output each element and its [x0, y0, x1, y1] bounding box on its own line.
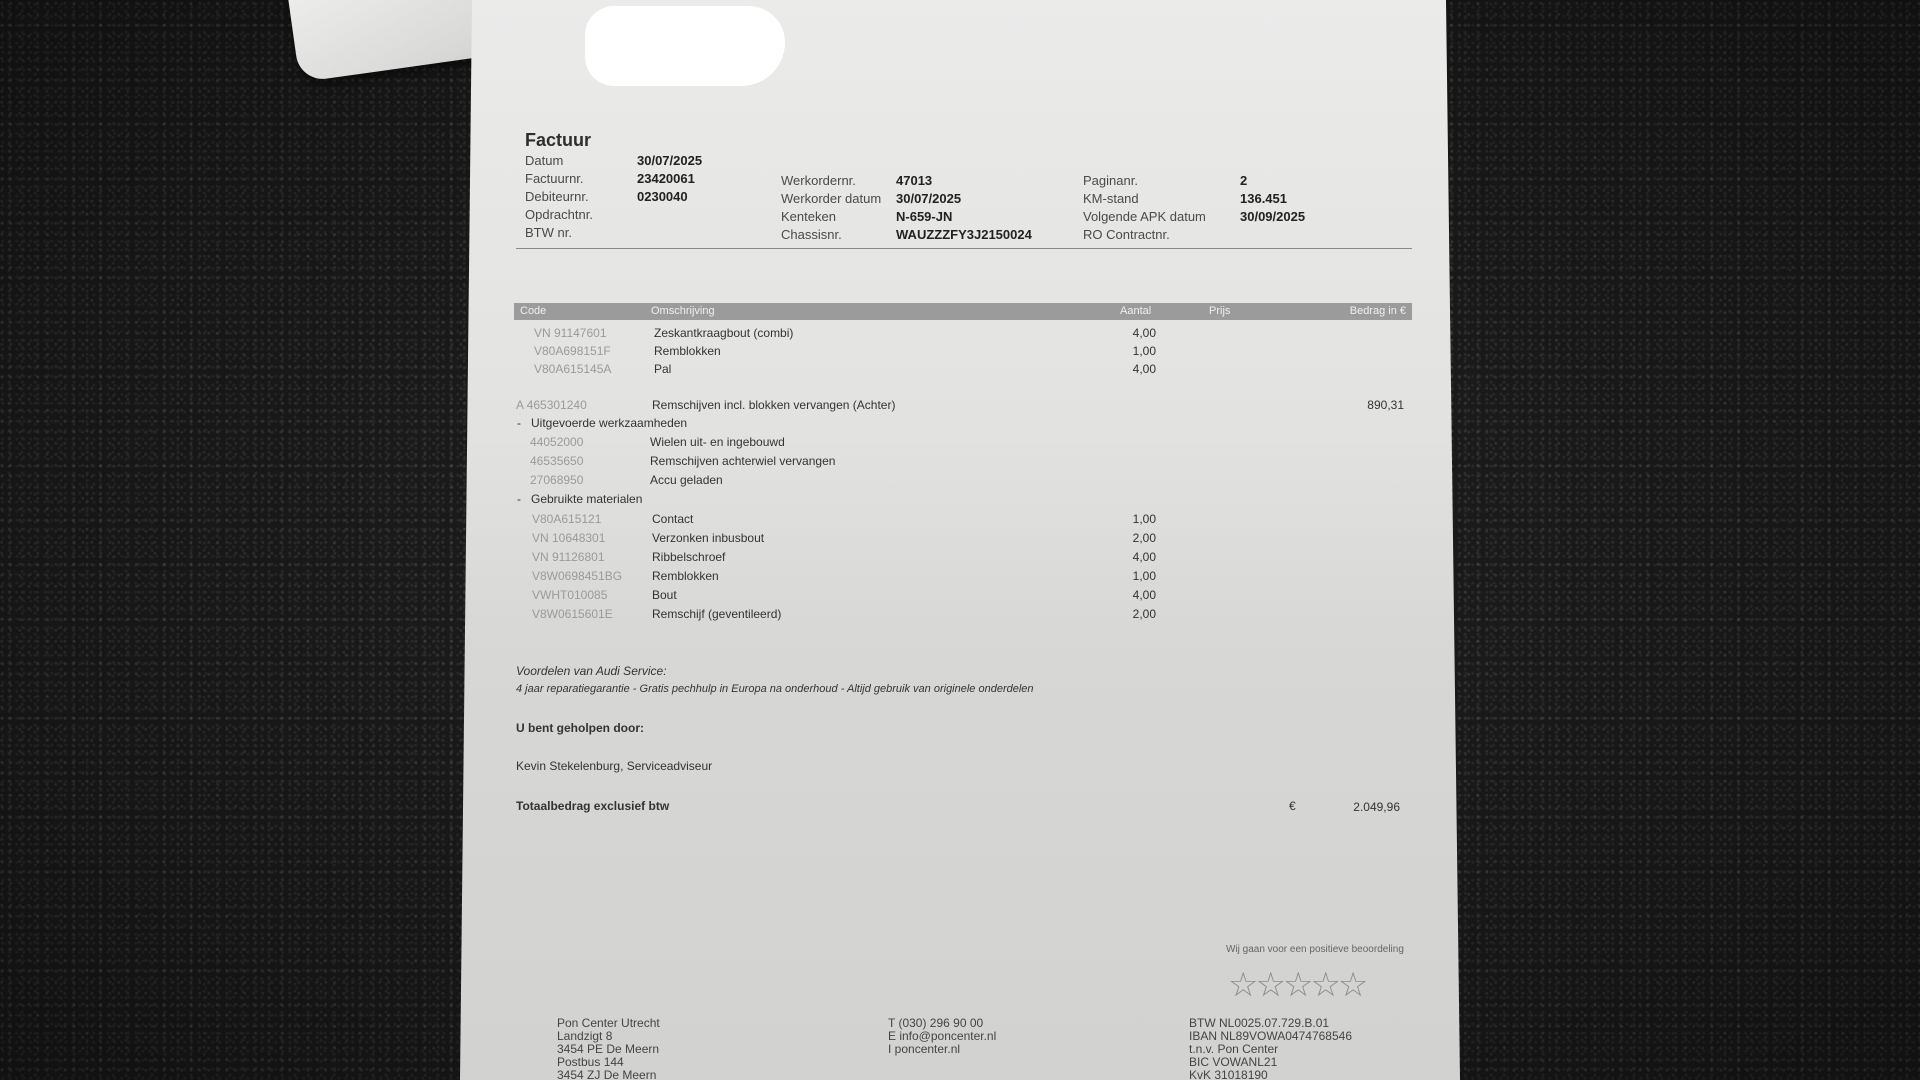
material-code: V80A615121	[532, 512, 601, 526]
ro-contract-number	[1240, 226, 1360, 244]
work-section-heading: - Uitgevoerde werkzaamheden	[517, 416, 687, 430]
part-quantity: 1,00	[1096, 344, 1156, 358]
footer-contact: T (030) 296 90 00 E info@poncenter.nl I …	[888, 1017, 996, 1056]
field-label: Chassisnr.	[781, 226, 896, 244]
job-amount: 890,31	[1324, 398, 1404, 412]
work-description: Wielen uit- en ingebouwd	[650, 435, 785, 449]
field-label: Paginanr.	[1083, 172, 1238, 190]
field-label: Werkordernr.	[781, 172, 896, 190]
material-code: V8W0615601E	[532, 607, 613, 621]
footer-line: KvK 31018190	[1189, 1069, 1352, 1080]
field-label: RO Contractnr.	[1083, 226, 1238, 244]
star-rating-icon[interactable]: ☆☆☆☆☆	[1228, 965, 1365, 1005]
field-label: Factuurnr.	[525, 170, 635, 188]
license-plate: N-659-JN	[896, 208, 1056, 226]
field-label: KM-stand	[1083, 190, 1238, 208]
material-quantity: 2,00	[1096, 531, 1156, 545]
field-label: Werkorder datum	[781, 190, 896, 208]
part-code: V80A698151F	[534, 344, 611, 358]
total-currency: €	[1289, 799, 1296, 813]
footer-address: Pon Center Utrecht Landzigt 8 3454 PE De…	[557, 1017, 660, 1080]
material-description: Remblokken	[652, 569, 719, 583]
column-price: Prijs	[1209, 305, 1230, 317]
debtor-number: 0230040	[637, 188, 747, 206]
helped-by-label: U bent geholpen door:	[516, 721, 644, 735]
footer-company: BTW NL0025.07.729.B.01 IBAN NL89VOWA0474…	[1189, 1017, 1352, 1080]
material-description: Bout	[652, 588, 677, 602]
part-quantity: 4,00	[1096, 326, 1156, 340]
work-code: 46535650	[530, 454, 583, 468]
column-amount: Bedrag in €	[1350, 305, 1406, 317]
benefits-title: Voordelen van Audi Service:	[516, 664, 667, 678]
materials-section-label: Gebruikte materialen	[531, 492, 642, 506]
chassis-number: WAUZZZFY3J2150024	[896, 226, 1056, 244]
column-quantity: Aantal	[1120, 305, 1151, 317]
part-description: Remblokken	[654, 344, 721, 358]
work-description: Remschijven achterwiel vervangen	[650, 454, 835, 468]
field-label: Opdrachtnr.	[525, 206, 635, 224]
work-section-label: Uitgevoerde werkzaamheden	[531, 416, 687, 430]
helped-by-name: Kevin Stekelenburg, Serviceadviseur	[516, 759, 712, 773]
material-description: Contact	[652, 512, 693, 526]
part-description: Zeskantkraagbout (combi)	[654, 326, 793, 340]
odometer: 136.451	[1240, 190, 1360, 208]
material-quantity: 1,00	[1096, 512, 1156, 526]
total-label: Totaalbedrag exclusief btw	[516, 799, 669, 813]
part-quantity: 4,00	[1096, 362, 1156, 376]
material-quantity: 4,00	[1096, 550, 1156, 564]
work-order-date: 30/07/2025	[896, 190, 1056, 208]
job-description: Remschijven incl. blokken vervangen (Ach…	[652, 398, 895, 412]
page-number: 2	[1240, 172, 1360, 190]
work-description: Accu geladen	[650, 473, 723, 487]
field-label: Datum	[525, 152, 635, 170]
invoice-number: 23420061	[637, 170, 747, 188]
benefits-text: 4 jaar reparatiegarantie - Gratis pechhu…	[516, 683, 1034, 695]
job-code: A 465301240	[516, 398, 587, 412]
work-order-number: 47013	[896, 172, 1056, 190]
column-code: Code	[520, 305, 546, 317]
part-description: Pal	[654, 362, 671, 376]
material-code: V8W0698451BG	[532, 569, 622, 583]
material-quantity: 2,00	[1096, 607, 1156, 621]
redacted-area	[585, 6, 785, 86]
total-amount: 2.049,96	[1340, 800, 1400, 814]
materials-section-heading: - Gebruikte materialen	[517, 492, 642, 506]
field-label: BTW nr.	[525, 224, 635, 242]
material-description: Remschijf (geventileerd)	[652, 607, 781, 621]
work-code: 44052000	[530, 435, 583, 449]
footer-website[interactable]: I poncenter.nl	[888, 1043, 996, 1056]
field-label: Debiteurnr.	[525, 188, 635, 206]
field-label: Kenteken	[781, 208, 896, 226]
part-code: VN 91147601	[534, 326, 607, 340]
next-apk-date: 30/09/2025	[1240, 208, 1360, 226]
column-description: Omschrijving	[651, 305, 715, 317]
footer-line: 3454 ZJ De Meern	[557, 1069, 660, 1080]
rating-text: Wij gaan voor een positieve beoordeling	[1226, 944, 1404, 955]
material-code: VN 10648301	[532, 531, 605, 545]
job-row: A 465301240 Remschijven incl. blokken ve…	[514, 398, 1404, 416]
invoice-title: Factuur	[525, 130, 591, 151]
material-quantity: 1,00	[1096, 569, 1156, 583]
invoice-date: 30/07/2025	[637, 152, 747, 170]
vat-number	[637, 224, 747, 242]
material-quantity: 4,00	[1096, 588, 1156, 602]
order-number	[637, 206, 747, 224]
material-description: Ribbelschroef	[652, 550, 725, 564]
header-divider	[516, 248, 1412, 249]
part-code: V80A615145A	[534, 362, 611, 376]
material-code: VN 91126801	[532, 550, 605, 564]
work-code: 27068950	[530, 473, 583, 487]
material-description: Verzonken inbusbout	[652, 531, 764, 545]
table-header: Code Omschrijving Aantal Prijs Bedrag in…	[514, 303, 1412, 320]
material-code: VWHT010085	[532, 588, 607, 602]
field-label: Volgende APK datum	[1083, 208, 1238, 226]
